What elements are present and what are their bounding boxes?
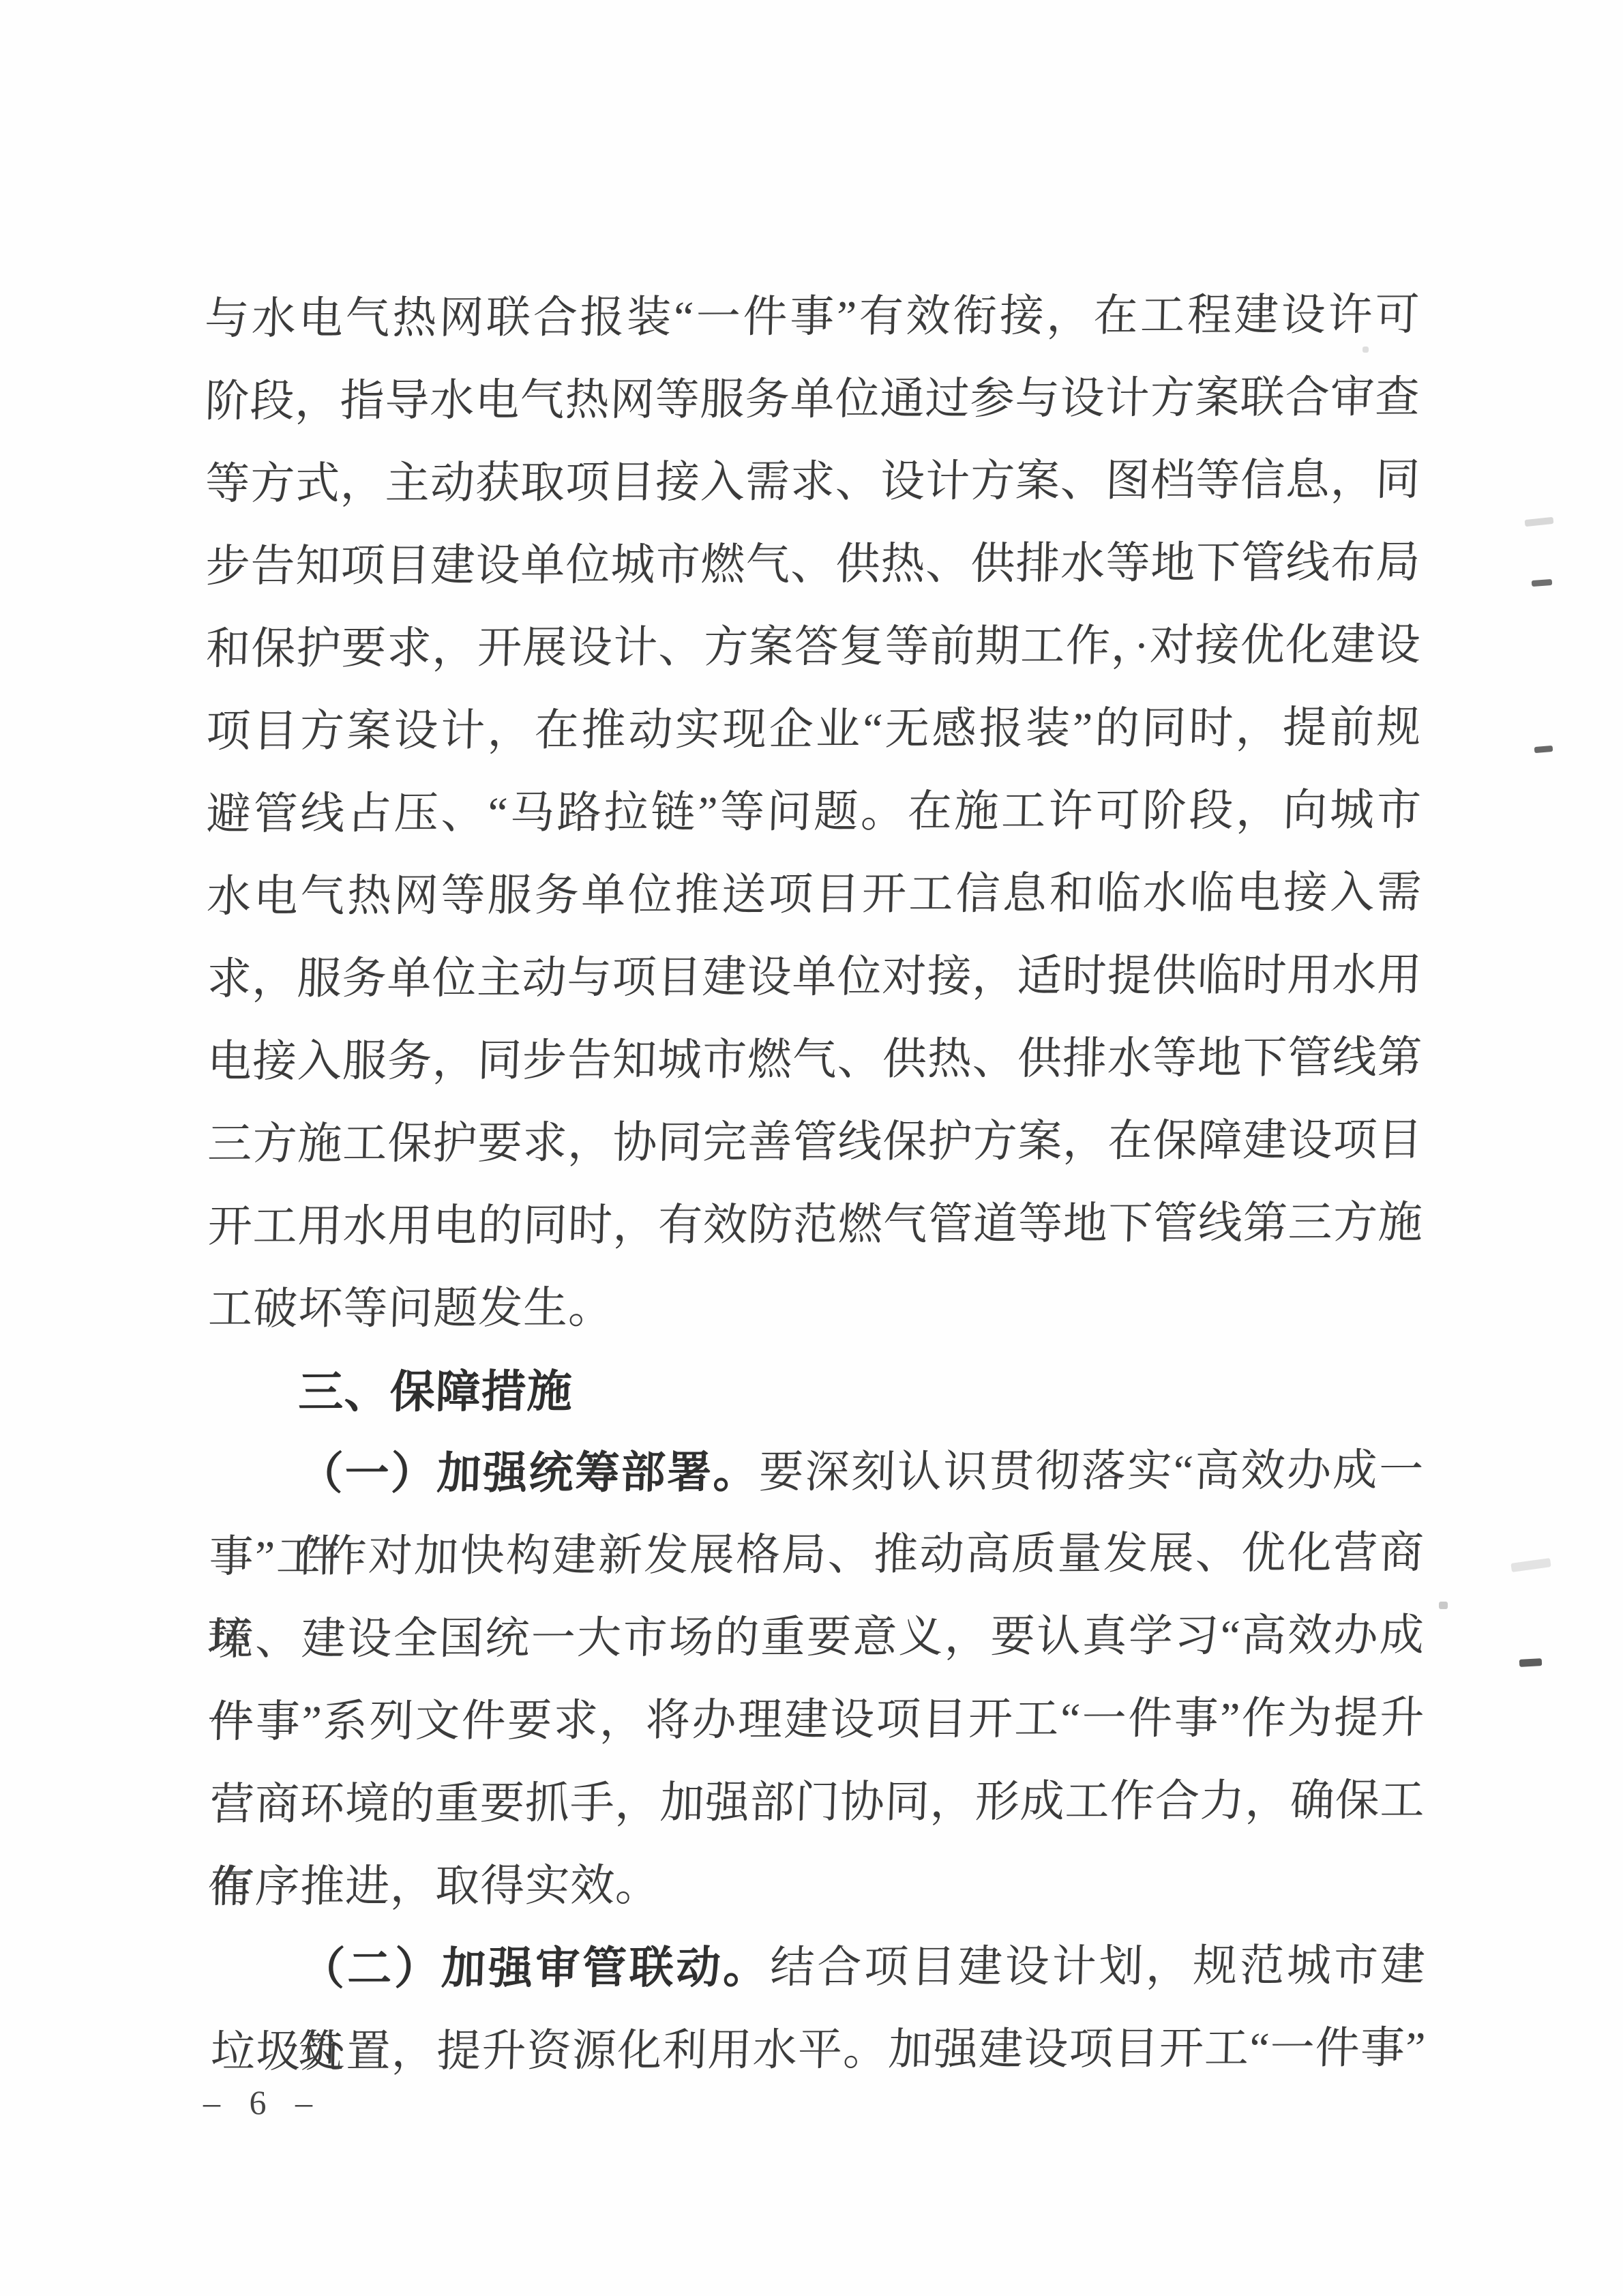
text-line: 件事”系列文件要求，将办理建设项目开工“一件事”作为提升 [209,1677,1426,1764]
text-line: 事”工作对加快构建新发展格局、推动高质量发展、优化营商环 [208,1512,1425,1599]
text-line: 开工用水用电的同时，有效防范燃气管道等地下管线第三方施 [207,1182,1424,1269]
text-line: 步告知项目建设单位城市燃气、供热、供排水等地下管线布局 [205,522,1422,608]
text-line: 避管线占压、“马路拉链”等问题。在施工许可阶段，向城市 [205,769,1423,856]
scan-artifact [1519,1658,1543,1667]
text-line: 电接入服务，同步告知城市燃气、供热、供排水等地下管线第 [206,1017,1423,1104]
text-line: 营商环境的重要抓手，加强部门协同，形成工作合力，确保工作 [209,1760,1426,1846]
text-line: 水电气热网等服务单位推送项目开工信息和临水临电接入需 [205,852,1423,939]
text-line: 三方施工保护要求，协同完善管线保护方案，在保障建设项目 [207,1100,1424,1186]
text-line: 有序推进，取得实效。 [209,1842,1427,1929]
page-number: – 6 – [203,2075,315,2130]
text-line: （一）加强统筹部署。要深刻认识贯彻落实“高效办成一件 [207,1430,1425,1516]
text-line: 阶段，指导水电气热网等服务单位通过参与设计方案联合审查 [204,357,1421,443]
text-line: 项目方案设计，在推动实现企业“无感报装”的同时，提前规 [205,687,1423,774]
text-line: 境、建设全国统一大市场的重要意义，要认真学习“高效办成一 [208,1595,1425,1681]
item-1-head: （一）加强统筹部署。 [298,1448,760,1499]
scan-artifact [1439,1602,1448,1609]
scan-artifact [1532,579,1553,587]
text-line: 工破坏等问题发生。 [207,1265,1425,1351]
document-text: 与水电气热网联合报装“一件事”有效衔接，在工程建设许可 阶段，指导水电气热网等服… [205,274,1426,2094]
item-2-head: （二）加强审管联动。 [300,1943,771,1994]
text-line: 和保护要求，开展设计、方案答复等前期工作，·对接优化建设 [205,604,1422,691]
text-line: 与水电气热网联合报装“一件事”有效衔接，在工程建设许可 [204,274,1421,361]
text-line: 垃圾处置，提升资源化利用水平。加强建设项目开工“一件事” [209,2007,1427,2094]
section-heading: 三、保障措施 [298,1366,574,1417]
scan-artifact [1510,1558,1551,1572]
text-line: 求，服务单位主动与项目建设单位对接，适时提供临时用水用 [206,934,1423,1021]
text-line: 等方式，主动获取项目接入需求、设计方案、图档等信息，同 [204,439,1421,526]
section-heading-line: 三、保障措施 [207,1347,1425,1434]
text-line: （二）加强审管联动。结合项目建设计划，规范城市建筑 [209,1925,1427,2012]
scan-artifact [1525,517,1554,527]
document-page: 与水电气热网联合报装“一件事”有效衔接，在工程建设许可 阶段，指导水电气热网等服… [0,0,1623,2296]
scan-artifact [1363,347,1369,353]
scan-artifact [1534,746,1553,753]
